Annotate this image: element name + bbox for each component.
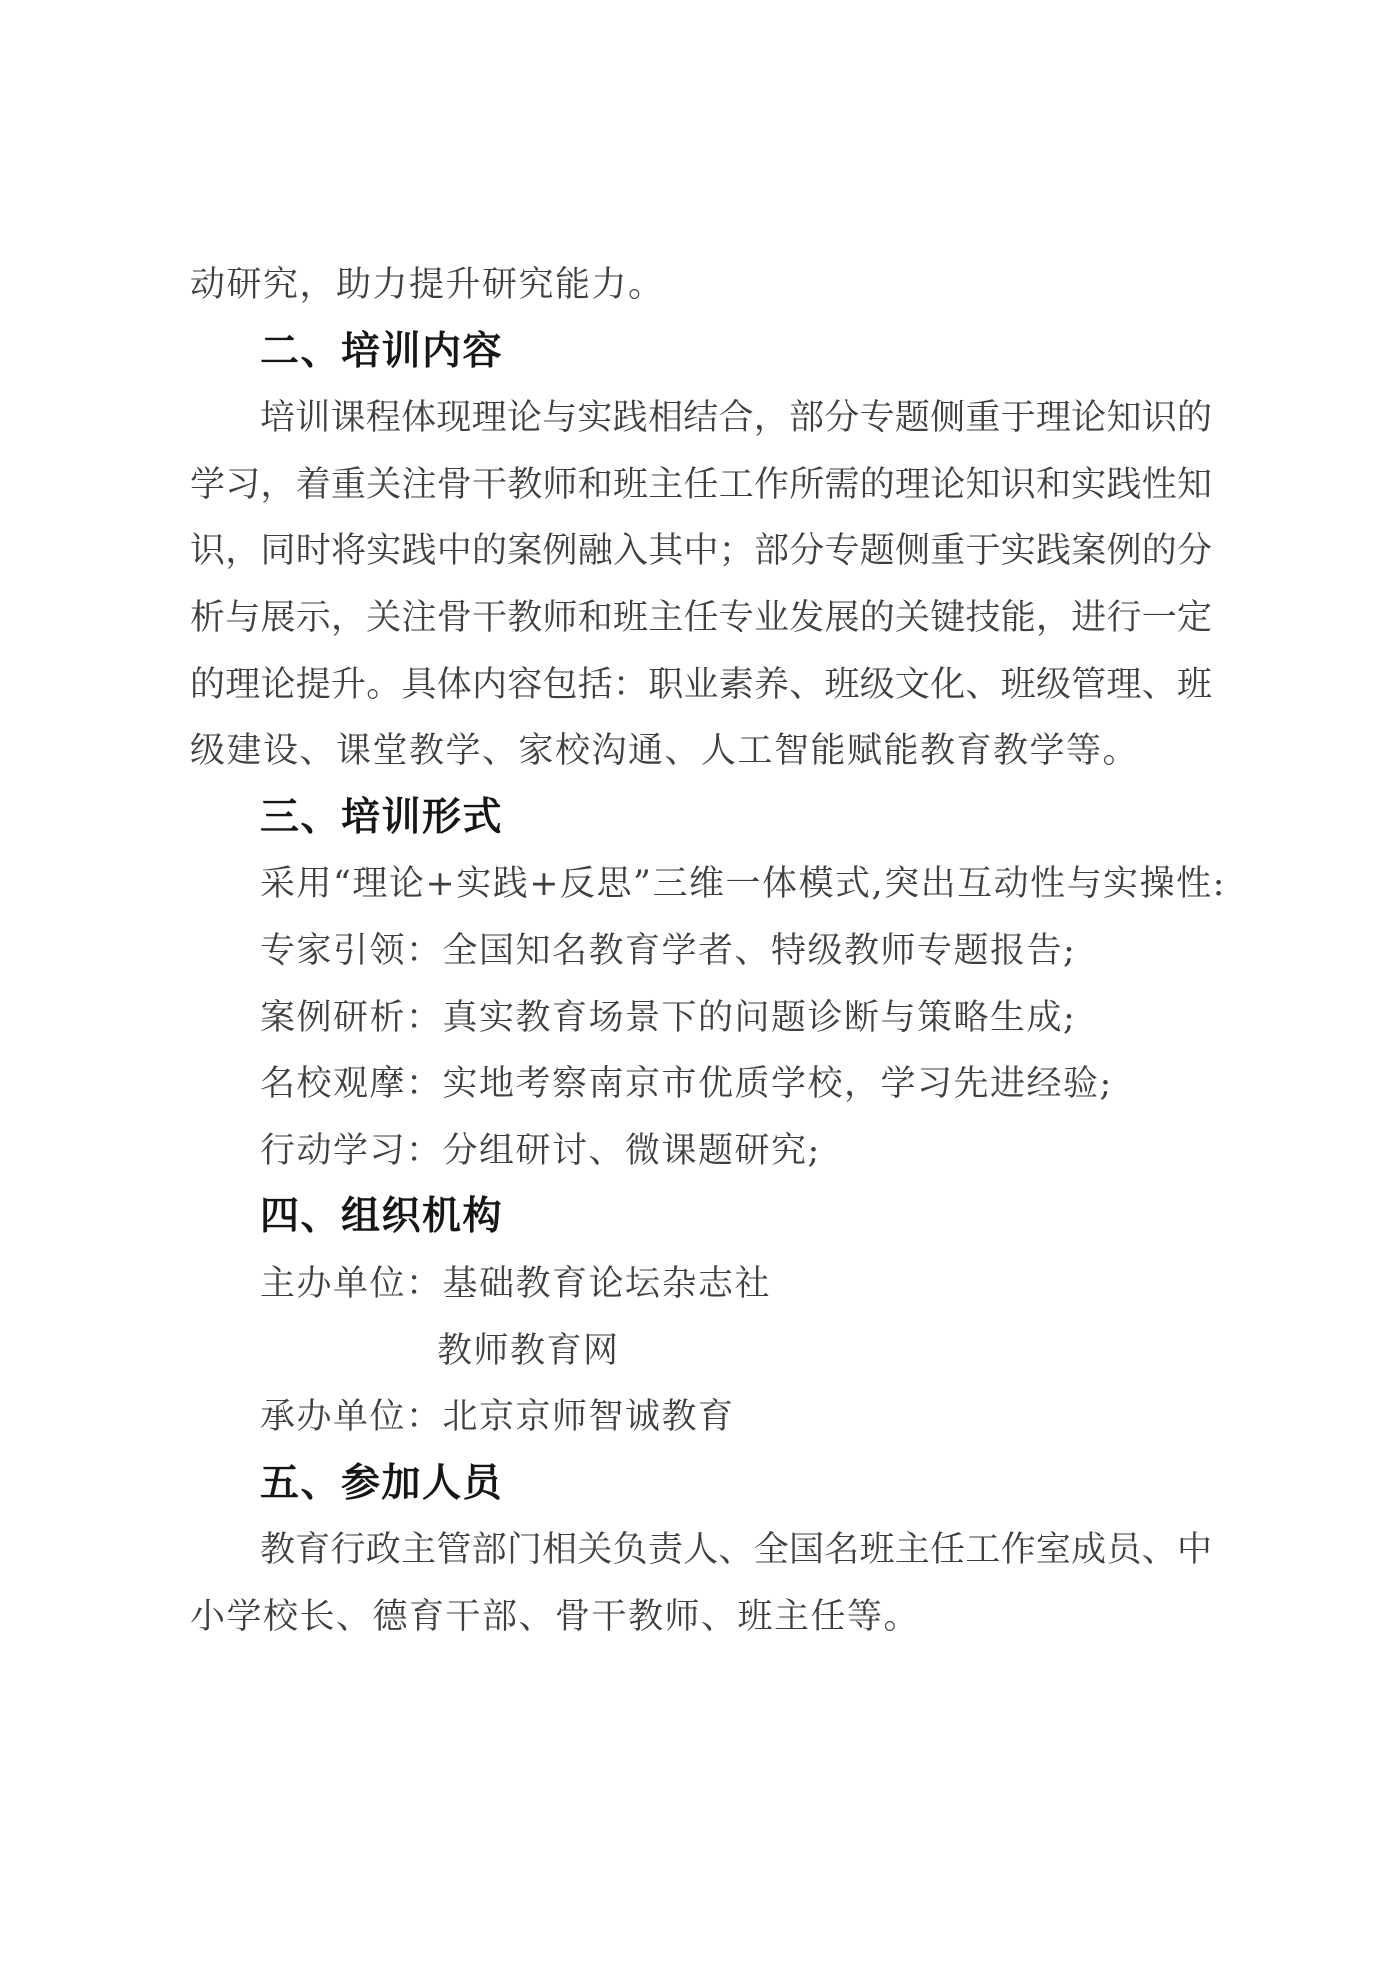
section-heading: 四、组织机构 bbox=[190, 1184, 1212, 1251]
text-line: 小学校长、德育干部、骨干教师、班主任等。 bbox=[190, 1584, 1212, 1651]
text-line: 析与展示，关注骨干教师和班主任专业发展的关键技能，进行一定 bbox=[190, 585, 1212, 652]
section-heading: 三、培训形式 bbox=[190, 785, 1212, 852]
text-line: 案例研析：真实教育场景下的问题诊断与策略生成; bbox=[190, 985, 1212, 1052]
text-line: 采用“理论+实践+反思”三维一体模式,突出互动性与实操性: bbox=[190, 851, 1212, 918]
text-line: 动研究，助力提升研究能力。 bbox=[190, 252, 1212, 319]
text-line: 学习，着重关注骨干教师和班主任工作所需的理论知识和实践性知 bbox=[190, 452, 1212, 519]
text-line: 主办单位：基础教育论坛杂志社 bbox=[190, 1251, 1212, 1318]
section-heading: 二、培训内容 bbox=[190, 319, 1212, 386]
text-line: 教育行政主管部门相关负责人、全国名班主任工作室成员、中 bbox=[190, 1517, 1212, 1584]
text-line: 的理论提升。具体内容包括：职业素养、班级文化、班级管理、班 bbox=[190, 652, 1212, 719]
document-body: 动研究，助力提升研究能力。二、培训内容培训课程体现理论与实践相结合，部分专题侧重… bbox=[190, 252, 1212, 1650]
text-line: 承办单位：北京京师智诚教育 bbox=[190, 1384, 1212, 1451]
text-line: 专家引领：全国知名教育学者、特级教师专题报告; bbox=[190, 918, 1212, 985]
document-page: 动研究，助力提升研究能力。二、培训内容培训课程体现理论与实践相结合，部分专题侧重… bbox=[0, 0, 1390, 1966]
text-line: 教师教育网 bbox=[190, 1318, 1212, 1385]
text-line: 名校观摩：实地考察南京市优质学校，学习先进经验; bbox=[190, 1051, 1212, 1118]
text-line: 行动学习：分组研讨、微课题研究; bbox=[190, 1118, 1212, 1185]
text-line: 培训课程体现理论与实践相结合，部分专题侧重于理论知识的 bbox=[190, 385, 1212, 452]
text-line: 级建设、课堂教学、家校沟通、人工智能赋能教育教学等。 bbox=[190, 718, 1212, 785]
text-line: 识，同时将实践中的案例融入其中；部分专题侧重于实践案例的分 bbox=[190, 518, 1212, 585]
section-heading: 五、参加人员 bbox=[190, 1451, 1212, 1518]
